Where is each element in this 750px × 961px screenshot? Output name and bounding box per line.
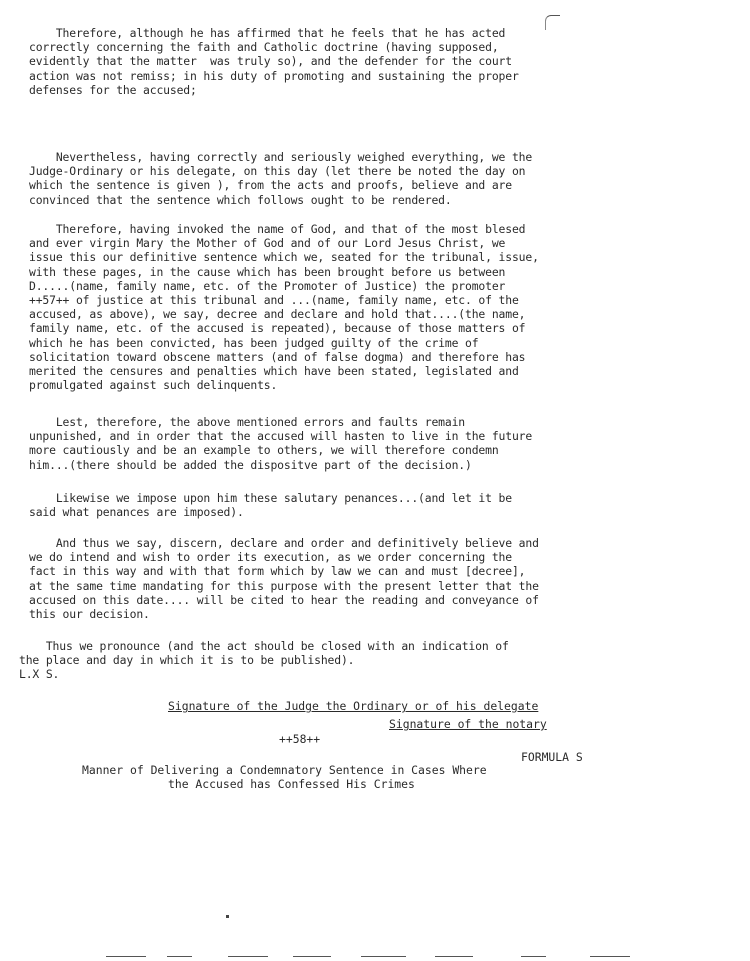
text-line: we do intend and wish to order its execu… [29, 550, 592, 564]
document-page: Therefore, although he has affirmed that… [0, 0, 750, 961]
text-line: at the same time mandating for this purp… [29, 579, 592, 593]
text-line: and ever virgin Mary the Mother of God a… [29, 236, 592, 250]
text-line: Judge-Ordinary or his delegate, on this … [29, 164, 592, 178]
paragraph-order: And thus we say, discern, declare and or… [29, 536, 592, 621]
footer-rule [435, 956, 473, 957]
text-line: with these pages, in the cause which has… [29, 265, 592, 279]
text-line: the place and day in which it is to be p… [19, 653, 582, 667]
text-line: D.....(name, family name, etc. of the Pr… [29, 279, 592, 293]
section-title-line-2: the Accused has Confessed His Crimes [168, 777, 415, 791]
text-line: more cautiously and be an example to oth… [29, 443, 592, 457]
text-line: issue this our definitive sentence which… [29, 250, 592, 264]
text-line: this our decision. [29, 607, 592, 621]
paragraph-sentence: Therefore, having invoked the name of Go… [29, 222, 592, 392]
text-line: family name, etc. of the accused is repe… [29, 321, 592, 335]
text-line: unpunished, and in order that the accuse… [29, 429, 592, 443]
text-line: Thus we pronounce (and the act should be… [19, 639, 582, 653]
text-line: Therefore, having invoked the name of Go… [29, 222, 592, 236]
paragraph-defense: Therefore, although he has affirmed that… [29, 26, 592, 97]
text-line: correctly concerning the faith and Catho… [29, 40, 592, 54]
page-marker: ++58++ [279, 732, 320, 746]
formula-label: FORMULA S [521, 750, 583, 764]
scan-speck [226, 915, 229, 918]
judge-signature-line: Signature of the Judge the Ordinary or o… [168, 699, 538, 713]
text-line: Lest, therefore, the above mentioned err… [29, 415, 592, 429]
text-line: defenses for the accused; [29, 83, 592, 97]
text-line: evidently that the matter was truly so),… [29, 54, 592, 68]
footer-rule [167, 956, 192, 957]
text-line: him...(there should be added the disposi… [29, 458, 592, 472]
text-line: Therefore, although he has affirmed that… [29, 26, 592, 40]
paragraph-lest: Lest, therefore, the above mentioned err… [29, 415, 592, 472]
footer-rule [521, 956, 546, 957]
text-line: which the sentence is given ), from the … [29, 178, 592, 192]
footer-rule [106, 956, 146, 957]
text-line: convinced that the sentence which follow… [29, 193, 592, 207]
footer-rule [228, 956, 268, 957]
text-line: accused, as above), we say, decree and d… [29, 307, 592, 321]
text-line: And thus we say, discern, declare and or… [29, 536, 592, 550]
text-line: ++57++ of justice at this tribunal and .… [29, 293, 592, 307]
notary-signature-line: Signature of the notary [389, 717, 547, 731]
footer-rule [293, 956, 331, 957]
text-line: action was not remiss; in his duty of pr… [29, 69, 592, 83]
paragraph-pronounce: Thus we pronounce (and the act should be… [19, 639, 582, 682]
text-line: accused on this date.... will be cited t… [29, 593, 592, 607]
text-line: which he has been convicted, has been ju… [29, 336, 592, 350]
footer-rule [590, 956, 630, 957]
text-line: merited the censures and penalties which… [29, 364, 592, 378]
text-line: fact in this way and with that form whic… [29, 564, 592, 578]
text-line: Nevertheless, having correctly and serio… [29, 150, 592, 164]
text-line: solicitation toward obscene matters (and… [29, 350, 592, 364]
text-line: said what penances are imposed). [29, 505, 592, 519]
text-line: L.X S. [19, 667, 582, 681]
section-title-line-1: Manner of Delivering a Condemnatory Sent… [82, 763, 487, 777]
footer-rule [361, 956, 406, 957]
text-line: Likewise we impose upon him these saluta… [29, 491, 592, 505]
paragraph-nevertheless: Nevertheless, having correctly and serio… [29, 150, 592, 207]
text-line: promulgated against such delinquents. [29, 378, 592, 392]
paragraph-penances: Likewise we impose upon him these saluta… [29, 491, 592, 519]
